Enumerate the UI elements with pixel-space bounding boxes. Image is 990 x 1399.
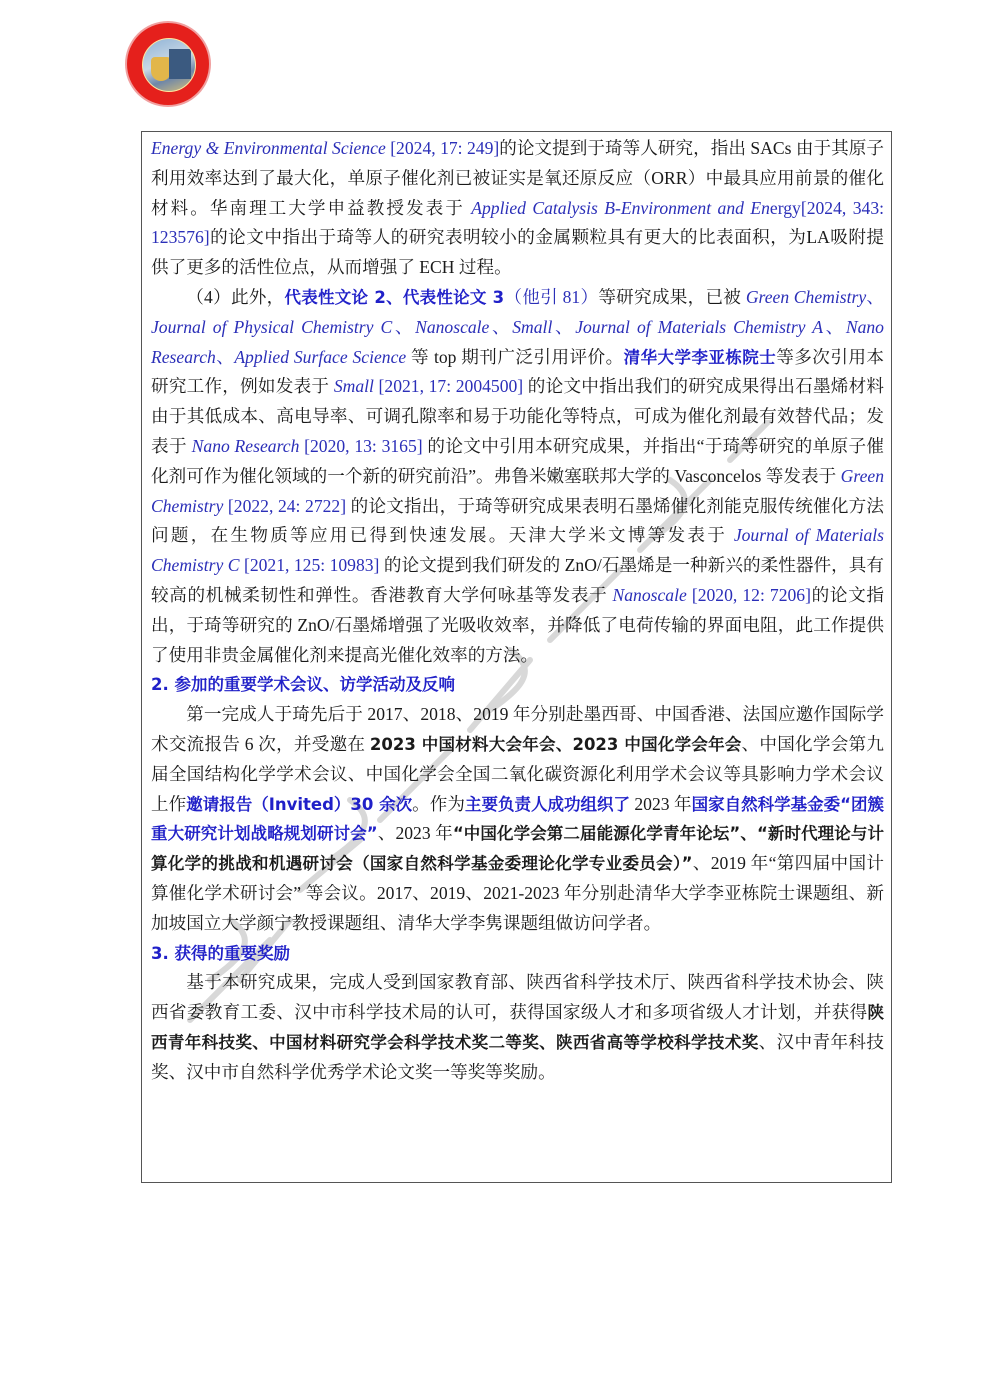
separator: 、 <box>489 317 512 337</box>
citation-count: （他引 81） <box>504 287 598 307</box>
separator: 、 <box>866 287 884 307</box>
document-body: Energy & Environmental Science [2024, 17… <box>151 134 884 1088</box>
highlight-academician: 清华大学李亚栋院士 <box>624 348 777 367</box>
citation-ref: [2020, 12: 7206] <box>687 585 811 605</box>
paragraph-awards: 基于本研究成果，完成人受到国家教育部、陕西省科学技术厅、陕西省科学技术协会、陕西… <box>151 968 884 1087</box>
separator: 、 <box>392 317 415 337</box>
paragraph-conferences: 第一完成人于琦先后于 2017、2018、2019 年分别赴墨西哥、中国香港、法… <box>151 700 884 938</box>
citation-ref: [2024, 17: 249] <box>386 138 499 158</box>
journal-name-tail: ergy <box>770 198 801 218</box>
building-icon <box>169 49 191 79</box>
journal-name: Nano Research <box>192 436 300 456</box>
journal-name: Energy & Environmental Science <box>151 138 386 158</box>
paragraph-text: 。作为 <box>412 794 465 814</box>
citation-ref: [2021, 125: 10983] <box>240 555 380 575</box>
separator: 、 <box>823 317 846 337</box>
highlight-conferences: 2023 中国材料大会年会、2023 中国化学会年会 <box>370 735 742 754</box>
section-heading-conferences: 2. 参加的重要学术会议、访学活动及反响 <box>151 670 884 700</box>
emblem-image <box>142 38 196 92</box>
paragraph-text: （4）此外， <box>186 287 284 307</box>
trophy-icon <box>151 57 171 81</box>
journal-name: Nanoscale <box>613 585 687 605</box>
journal-name: Journal of Materials Chemistry A <box>575 317 823 337</box>
section-heading-awards: 3. 获得的重要奖励 <box>151 939 884 969</box>
citation-ref: [2021, 17: 2004500] <box>374 376 523 396</box>
paragraph-text: 的论文中指出于琦等人的研究表明较小的金属颗粒具有更大的比表面积，为LA吸附提供了… <box>151 227 884 277</box>
citation-ref: [2020, 13: 3165] <box>299 436 422 456</box>
paragraph-citations-2: （4）此外，代表性文论 2、代表性论文 3（他引 81）等研究成果，已被 Gre… <box>151 283 884 670</box>
paragraph-citations-1: Energy & Environmental Science [2024, 17… <box>151 134 884 283</box>
journal-name: Nanoscale <box>415 317 489 337</box>
journal-name: Green Chemistry <box>746 287 866 307</box>
journal-name: Journal of Physical Chemistry C <box>151 317 392 337</box>
journal-name: Small <box>512 317 552 337</box>
paragraph-text: 等研究成果，已被 <box>598 287 746 307</box>
paragraph-text: 2023 年 <box>630 794 692 814</box>
journal-name: Applied Surface Science <box>234 347 406 367</box>
separator: 、 <box>552 317 575 337</box>
paragraph-text: 基于本研究成果，完成人受到国家教育部、陕西省科学技术厅、陕西省科学技术协会、陕西… <box>151 972 884 1022</box>
citation-ref: [2022, 24: 2722] <box>223 496 346 516</box>
highlight-organizer: 主要负责人成功组织了 <box>465 795 630 814</box>
journal-name: Small <box>334 376 374 396</box>
paragraph-text: 、2023 年 <box>378 823 453 843</box>
emblem-logo <box>127 23 209 105</box>
separator: 、 <box>216 347 235 367</box>
highlight-invited-talks: 邀请报告（Invited）30 余次 <box>186 795 412 814</box>
highlight-works: 代表性文论 2、代表性论文 3 <box>285 288 505 307</box>
paragraph-text: 等 top 期刊广泛引用评价。 <box>406 347 623 367</box>
journal-name: Applied Catalysis B-Environment and En <box>471 198 770 218</box>
